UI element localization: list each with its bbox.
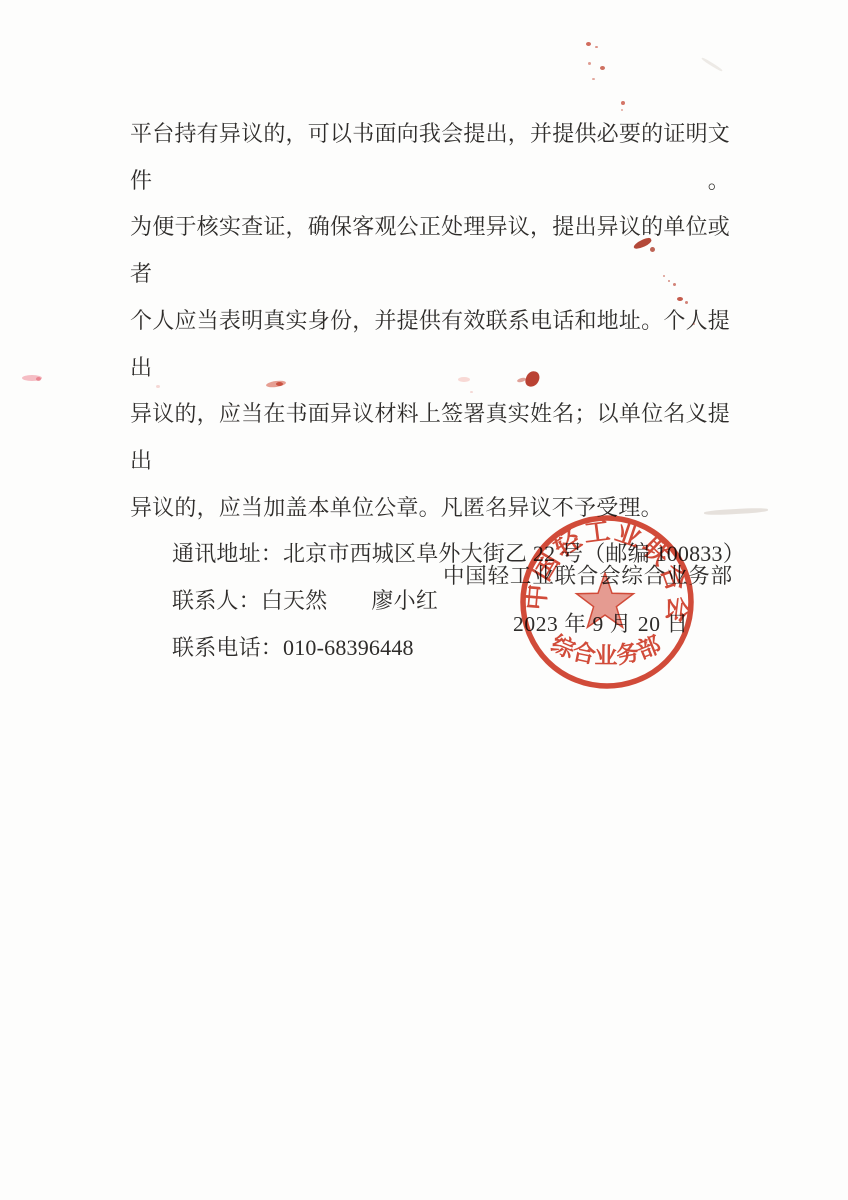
star-icon [577, 573, 634, 627]
contact-person: 白天然 [261, 588, 328, 613]
ink-speck [592, 78, 595, 80]
contact-person: 廖小红 [371, 588, 438, 613]
ink-speck [595, 46, 598, 48]
ink-speck [621, 101, 625, 105]
paragraph-line: 异议的，应当在书面异议材料上签署真实姓名；以单位名义提出 [130, 391, 730, 484]
ink-speck [36, 377, 41, 381]
ink-speck [586, 42, 591, 46]
contact-persons-label: 联系人： [172, 588, 261, 613]
official-seal: 中国轻工业联合会 综合业务部 [512, 507, 702, 697]
paragraph-line: 为便于核实查证，确保客观公正处理异议，提出异议的单位或者 [130, 204, 730, 297]
ink-speck [588, 62, 591, 65]
scanned-document-page: 平台持有异议的，可以书面向我会提出，并提供必要的证明文件。 为便于核实查证，确保… [0, 0, 848, 1200]
seal-bottom-text-node: 综合业务部 [548, 630, 665, 668]
ink-smudge [22, 375, 42, 381]
scan-smudge [701, 57, 723, 72]
seal-bottom-text: 综合业务部 [548, 630, 665, 668]
paragraph-line: 平台持有异议的，可以书面向我会提出，并提供必要的证明文件。 [130, 111, 730, 204]
paragraph-line: 个人应当表明真实身份，并提供有效联系电话和地址。个人提出 [130, 298, 730, 391]
ink-speck [600, 66, 605, 70]
